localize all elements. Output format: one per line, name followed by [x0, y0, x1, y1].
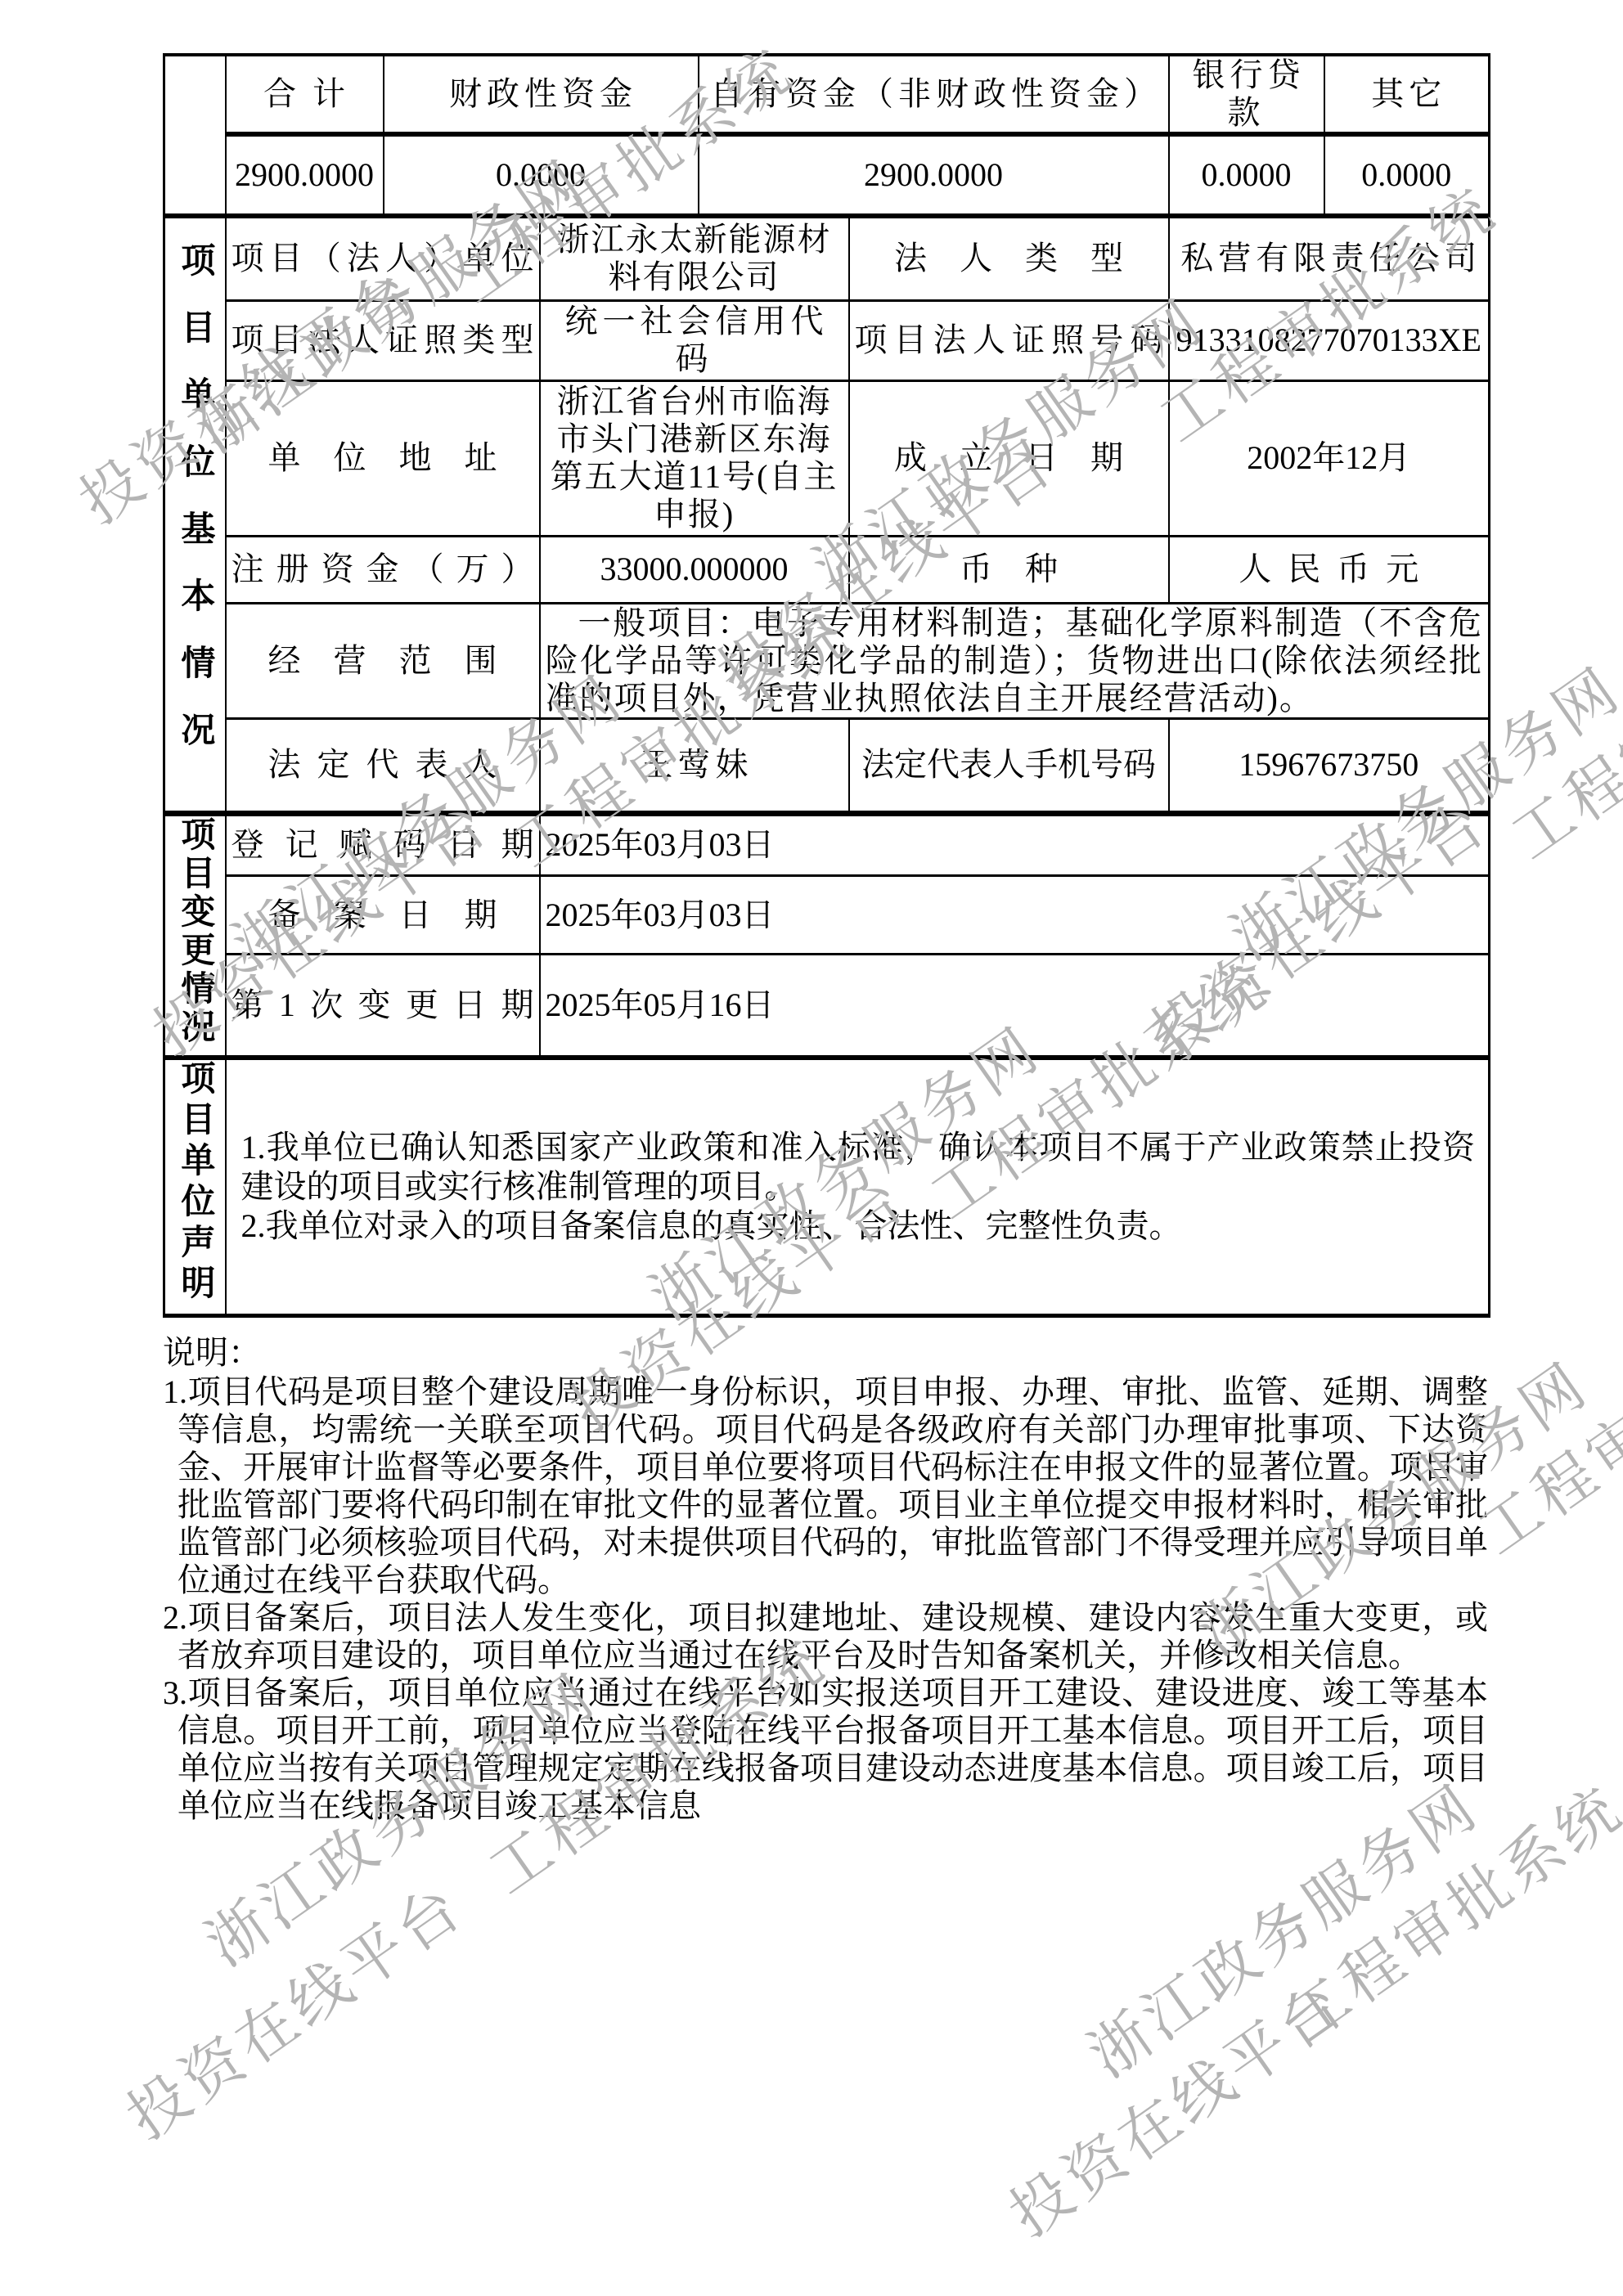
label-cert-number: 项目法人证照号码	[849, 300, 1169, 380]
note-item-1: 1.项目代码是项目整个建设周期唯一身份标识，项目申报、办理、审批、监管、延期、调…	[163, 1373, 1488, 1599]
value-legal-representative: 王莺妹	[540, 718, 849, 813]
funding-value-loan: 0.0000	[1169, 134, 1324, 216]
label-cert-type: 项目法人证照类型	[226, 300, 540, 380]
note-item-3: 3.项目备案后，项目单位应当通过在线平台如实报送项目开工建设、建设进度、竣工等基…	[163, 1674, 1488, 1825]
label-legal-type: 法人类型	[849, 218, 1169, 300]
watermark-text: 工程审批系统	[1491, 580, 1623, 876]
funding-value-own: 2900.0000	[699, 134, 1169, 216]
label-registered-capital: 注册资金（万）	[226, 536, 540, 603]
document-page: 合计 财政性资金 自有资金（非财政性资金） 银行贷款 其它 2900.0000 …	[0, 0, 1623, 2296]
funding-header-loan: 银行贷款	[1169, 55, 1324, 134]
note-item-2: 2.项目备案后，项目法人发生变化，项目拟建地址、建设规模、建设内容发生重大变更，…	[163, 1599, 1488, 1674]
funding-table: 合计 财政性资金 自有资金（非财政性资金） 银行贷款 其它 2900.0000 …	[163, 53, 1490, 218]
value-unit-address: 浙江省台州市临海市头门港新区东海第五大道11号(自主申报)	[540, 380, 849, 536]
basic-info-table: 项目单位基本情况 项目（法人）单位 浙江永太新能源材料有限公司 法人类型 私营有…	[163, 218, 1490, 816]
value-legal-type: 私营有限责任公司	[1169, 218, 1490, 300]
watermark-text: 投资在线平台	[107, 1860, 479, 2156]
changes-table: 项目变更情况 登记赋码日期 2025年03月03日 备案日期 2025年03月0…	[163, 816, 1490, 1060]
funding-value-total: 2900.0000	[226, 134, 384, 216]
funding-header-own: 自有资金（非财政性资金）	[699, 55, 1169, 134]
value-code-assign-date: 2025年03月03日	[540, 816, 1490, 876]
value-legal-rep-phone: 15967673750	[1169, 718, 1490, 813]
value-filing-date: 2025年03月03日	[540, 876, 1490, 955]
watermark-text: 投资在线平台	[990, 1957, 1361, 2253]
value-first-change-date: 2025年05月16日	[540, 955, 1490, 1058]
value-currency: 人民币元	[1169, 536, 1490, 603]
label-code-assign-date: 登记赋码日期	[226, 816, 540, 876]
label-legal-rep-phone: 法定代表人手机号码	[849, 718, 1169, 813]
value-founding-date: 2002年12月	[1169, 380, 1490, 536]
declaration-item: 2.我单位对录入的项目备案信息的真实性、合法性、完整性负责。	[241, 1206, 1476, 1246]
label-business-scope: 经营范围	[226, 603, 540, 718]
value-cert-type: 统一社会信用代码	[540, 300, 849, 380]
label-project-unit: 项目（法人）单位	[226, 218, 540, 300]
declaration-table: 项目单位声明 1.我单位已确认知悉国家产业政策和准入标准，确认本项目不属于产业政…	[163, 1060, 1490, 1318]
value-project-unit: 浙江永太新能源材料有限公司	[540, 218, 849, 300]
label-legal-representative: 法定代表人	[226, 718, 540, 813]
notes-section: 说明： 1.项目代码是项目整个建设周期唯一身份标识，项目申报、办理、审批、监管、…	[163, 1334, 1488, 1825]
value-cert-number: 9133108277070133XE	[1169, 300, 1490, 380]
funding-header-total: 合计	[226, 55, 384, 134]
record-form: 合计 财政性资金 自有资金（非财政性资金） 银行贷款 其它 2900.0000 …	[163, 53, 1488, 1825]
label-currency: 币种	[849, 536, 1169, 603]
funding-value-fiscal: 0.0000	[384, 134, 699, 216]
section-label-declaration: 项目单位声明	[164, 1060, 226, 1316]
funding-header-other: 其它	[1324, 55, 1490, 134]
label-founding-date: 成立日期	[849, 380, 1169, 536]
section-label-changes: 项目变更情况	[164, 816, 226, 1058]
funding-header-fiscal: 财政性资金	[384, 55, 699, 134]
funding-value-other: 0.0000	[1324, 134, 1490, 216]
value-business-scope: 一般项目：电子专用材料制造；基础化学原料制造（不含危险化学品等许可类化学品的制造…	[540, 603, 1490, 718]
value-registered-capital: 33000.000000	[540, 536, 849, 603]
declaration-cell: 1.我单位已确认知悉国家产业政策和准入标准，确认本项目不属于产业政策禁止投资建设…	[226, 1060, 1490, 1316]
declaration-item: 1.我单位已确认知悉国家产业政策和准入标准，确认本项目不属于产业政策禁止投资建设…	[241, 1128, 1476, 1206]
notes-label: 说明：	[163, 1334, 1488, 1372]
label-filing-date: 备案日期	[226, 876, 540, 955]
label-unit-address: 单位地址	[226, 380, 540, 536]
funding-side-cell	[164, 55, 226, 216]
label-first-change-date: 第1次变更日期	[226, 955, 540, 1058]
section-label-basic-info: 项目单位基本情况	[164, 218, 226, 813]
